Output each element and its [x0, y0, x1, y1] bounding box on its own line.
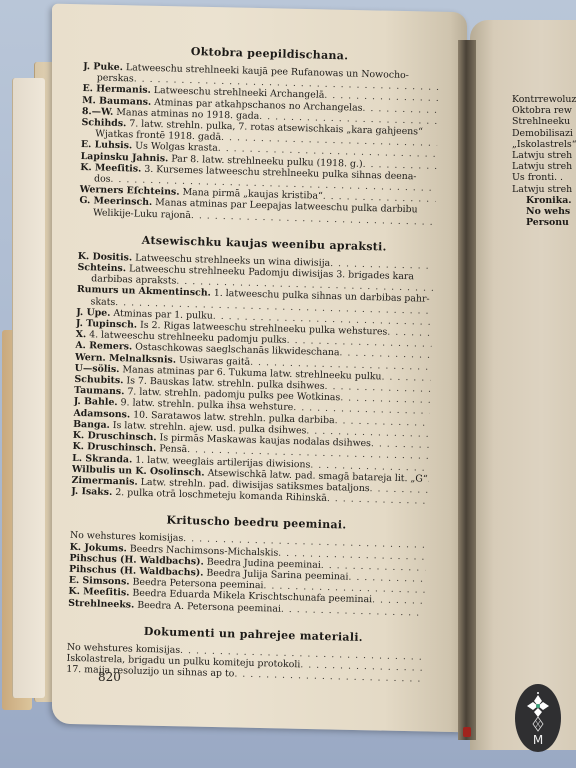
entry-page-number	[436, 183, 452, 195]
entry-page-number	[432, 305, 448, 317]
watermark-logo: M	[515, 684, 561, 752]
entry-page-number	[430, 373, 446, 385]
right-page-line: Demobilisazi	[512, 128, 576, 139]
right-page-line: Kronika.	[512, 195, 576, 206]
entry-page-number	[427, 496, 443, 508]
entry-page-number	[422, 674, 438, 686]
right-page-line: Kontrrewoluz	[512, 94, 576, 105]
entry-title-continuation: dos	[94, 173, 111, 185]
entry-author: X.	[76, 329, 87, 340]
entry-author: 8.—W.	[82, 106, 114, 118]
bookmark-ribbon	[463, 727, 471, 737]
entry-author: J. Isaks.	[71, 486, 112, 498]
entry-page-number	[428, 451, 444, 463]
entry-page-number	[438, 116, 454, 128]
entry-author: J. Puke.	[83, 61, 123, 73]
entry-page-number	[432, 317, 448, 329]
entry-author: G. Meerinsch.	[79, 195, 152, 208]
entry-page-number	[431, 350, 447, 362]
entry-page-number	[439, 82, 455, 94]
entry-title: Pensā	[159, 444, 187, 456]
entry-page-number	[429, 406, 445, 418]
entry-page-number	[425, 562, 441, 574]
flower-diamond-m-logo-icon: M	[515, 684, 561, 752]
right-page-text: KontrrewoluzOktobra rewStrehlneekuDemobi…	[512, 94, 576, 228]
right-page-line: Latwju streh	[512, 184, 576, 195]
book-gutter	[458, 40, 476, 740]
entry-page-number	[425, 551, 441, 563]
entry-page-number	[438, 105, 454, 117]
entry-page-number	[428, 462, 444, 474]
entry-page-number	[423, 651, 439, 663]
entry-author: J. Upe.	[76, 307, 110, 319]
entry-page-number	[424, 585, 440, 597]
entry-page-number	[429, 429, 445, 441]
entry-author: J. Bahle.	[74, 396, 118, 408]
entry-page-number	[428, 473, 444, 485]
entry-page-number	[434, 261, 450, 273]
entry-page-number	[433, 283, 449, 295]
entry-page-number	[436, 161, 452, 173]
entry-page-number	[432, 328, 448, 340]
right-page-line: „Iskolastrels“	[512, 139, 576, 150]
right-page-line: Strehlneeku	[512, 116, 576, 127]
entry-page-number	[429, 417, 445, 429]
entry-title-continuation: skats	[90, 296, 115, 308]
book-stack-edge-3	[12, 78, 45, 698]
entry-page-number	[430, 384, 446, 396]
right-page-line: Latwju streh	[512, 161, 576, 172]
entry-page-number	[435, 217, 451, 229]
right-page-line: Us fronti. .	[512, 172, 576, 183]
right-page-line: Personu	[512, 217, 576, 228]
entry-page-number	[437, 149, 453, 161]
entry-page-number	[424, 607, 440, 619]
entry-page-number	[424, 596, 440, 608]
entry-author: K. Meeſitis.	[80, 162, 141, 175]
entry-page-number	[427, 485, 443, 497]
entry-page-number	[422, 663, 438, 675]
right-page-line: No wehs	[512, 206, 576, 217]
entry-page-number	[425, 574, 441, 586]
table-of-contents: Oktobra peepildischana.J. Puke. Latweesc…	[66, 36, 456, 685]
entry-author: Schihds.	[81, 117, 126, 129]
entry-page-number	[435, 194, 451, 206]
right-page-line: Oktobra rew	[512, 105, 576, 116]
entry-page-number	[437, 138, 453, 150]
right-page-line: Latwju streh	[512, 150, 576, 161]
svg-text:M: M	[533, 733, 543, 747]
entry-page-number	[430, 395, 446, 407]
entry-page-number	[426, 540, 442, 552]
entry-author: Banga.	[73, 419, 110, 431]
entry-page-number	[431, 361, 447, 373]
page-number: 820	[98, 670, 121, 684]
entry-page-number	[429, 440, 445, 452]
entry-page-number	[431, 339, 447, 351]
entry-author: Strehlneeks.	[68, 597, 134, 610]
entry-page-number	[438, 93, 454, 105]
entry-author: Schteins.	[77, 262, 126, 274]
